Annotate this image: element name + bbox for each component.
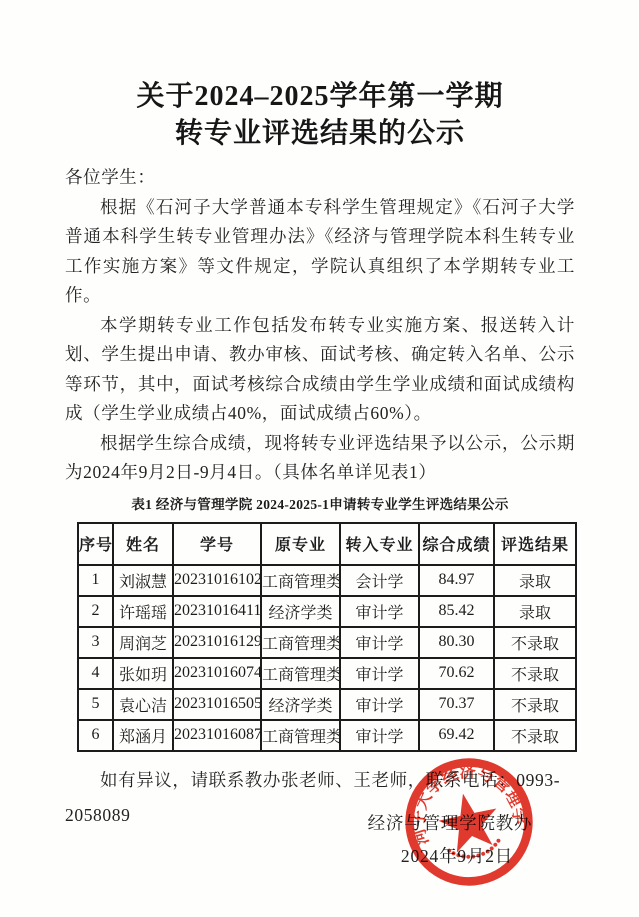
cell-student-id: 20231016505: [173, 689, 261, 720]
cell-student-id: 20231016129: [173, 627, 261, 658]
results-table-body: 1 刘淑慧 20231016102 工商管理类 会计学 84.97 录取 2 许…: [78, 565, 576, 751]
cell-name: 袁心洁: [113, 689, 173, 720]
cell-name: 刘淑慧: [113, 565, 173, 596]
cell-target-major: 会计学: [340, 565, 419, 596]
cell-student-id: 20231016411: [173, 596, 261, 627]
cell-target-major: 审计学: [340, 658, 419, 689]
title-line-2: 转专业评选结果的公示: [65, 115, 575, 152]
table-row: 6 郑涵月 20231016087 工商管理类 审计学 69.42 不录取: [78, 720, 576, 751]
cell-score: 85.42: [419, 596, 494, 627]
cell-name: 郑涵月: [113, 720, 173, 751]
results-table: 序号 姓名 学号 原专业 转入专业 综合成绩 评选结果 1 刘淑慧 202310…: [77, 522, 577, 752]
signature-date: 2024年9月2日: [352, 843, 548, 868]
body-text: 各位学生： 根据《石河子大学普通本专科学生管理规定》《石河子大学普通本科学生转专…: [65, 163, 575, 488]
page-content: 关于2024–2025学年第一学期 转专业评选结果的公示 各位学生： 根据《石河…: [0, 0, 639, 833]
col-header-index: 序号: [78, 523, 113, 565]
cell-result: 不录取: [494, 658, 576, 689]
cell-score: 70.37: [419, 689, 494, 720]
cell-index: 3: [78, 627, 113, 658]
title-line-1: 关于2024–2025学年第一学期: [65, 78, 575, 115]
cell-target-major: 审计学: [340, 627, 419, 658]
cell-index: 5: [78, 689, 113, 720]
cell-name: 周润芝: [113, 627, 173, 658]
header-row: 序号 姓名 学号 原专业 转入专业 综合成绩 评选结果: [78, 523, 576, 565]
cell-target-major: 审计学: [340, 689, 419, 720]
table-row: 3 周润芝 20231016129 工商管理类 审计学 80.30 不录取: [78, 627, 576, 658]
cell-original-major: 经济学类: [261, 689, 340, 720]
cell-original-major: 工商管理类: [261, 658, 340, 689]
announcement-page: 关于2024–2025学年第一学期 转专业评选结果的公示 各位学生： 根据《石河…: [0, 0, 639, 917]
cell-result: 录取: [494, 565, 576, 596]
cell-original-major: 工商管理类: [261, 627, 340, 658]
results-table-header: 序号 姓名 学号 原专业 转入专业 综合成绩 评选结果: [78, 523, 576, 565]
signature-block: 经济与管理学院教办 2024年9月2日: [352, 810, 548, 868]
table-row: 5 袁心洁 20231016505 经济学类 审计学 70.37 不录取: [78, 689, 576, 720]
cell-target-major: 审计学: [340, 596, 419, 627]
cell-result: 不录取: [494, 689, 576, 720]
cell-result: 不录取: [494, 720, 576, 751]
cell-target-major: 审计学: [340, 720, 419, 751]
table-row: 4 张如玥 20231016074 工商管理类 审计学 70.62 不录取: [78, 658, 576, 689]
cell-student-id: 20231016074: [173, 658, 261, 689]
cell-score: 84.97: [419, 565, 494, 596]
cell-original-major: 工商管理类: [261, 720, 340, 751]
col-header-result: 评选结果: [494, 523, 576, 565]
cell-name: 许瑶瑶: [113, 596, 173, 627]
page-title: 关于2024–2025学年第一学期 转专业评选结果的公示: [65, 78, 575, 152]
table-caption: 表1 经济与管理学院 2024-2025-1申请转专业学生评选结果公示: [65, 493, 575, 513]
col-header-name: 姓名: [113, 523, 173, 565]
cell-original-major: 工商管理类: [261, 565, 340, 596]
cell-index: 2: [78, 596, 113, 627]
cell-result: 不录取: [494, 627, 576, 658]
cell-index: 6: [78, 720, 113, 751]
cell-result: 录取: [494, 596, 576, 627]
cell-score: 80.30: [419, 627, 494, 658]
paragraph-basis: 根据《石河子大学普通本专科学生管理规定》《石河子大学普通本科学生转专业管理办法》…: [65, 193, 575, 311]
cell-name: 张如玥: [113, 658, 173, 689]
paragraph-process: 本学期转专业工作包括发布转专业实施方案、报送转入计划、学生提出申请、教办审核、面…: [65, 311, 575, 429]
cell-score: 70.62: [419, 658, 494, 689]
signature-department: 经济与管理学院教办: [352, 810, 548, 835]
cell-student-id: 20231016102: [173, 565, 261, 596]
table-row: 2 许瑶瑶 20231016411 经济学类 审计学 85.42 录取: [78, 596, 576, 627]
cell-score: 69.42: [419, 720, 494, 751]
paragraph-publicity-period: 根据学生综合成绩，现将转专业评选结果予以公示，公示期为2024年9月2日-9月4…: [65, 429, 575, 488]
col-header-student-id: 学号: [173, 523, 261, 565]
cell-student-id: 20231016087: [173, 720, 261, 751]
table-row: 1 刘淑慧 20231016102 工商管理类 会计学 84.97 录取: [78, 565, 576, 596]
cell-original-major: 经济学类: [261, 596, 340, 627]
col-header-target-major: 转入专业: [340, 523, 419, 565]
cell-index: 4: [78, 658, 113, 689]
cell-index: 1: [78, 565, 113, 596]
col-header-original-major: 原专业: [261, 523, 340, 565]
col-header-score: 综合成绩: [419, 523, 494, 565]
closing-line-1: 如有异议，请联系教办张老师、王老师，联系电话：0993-: [65, 763, 575, 798]
salutation: 各位学生：: [65, 163, 575, 193]
